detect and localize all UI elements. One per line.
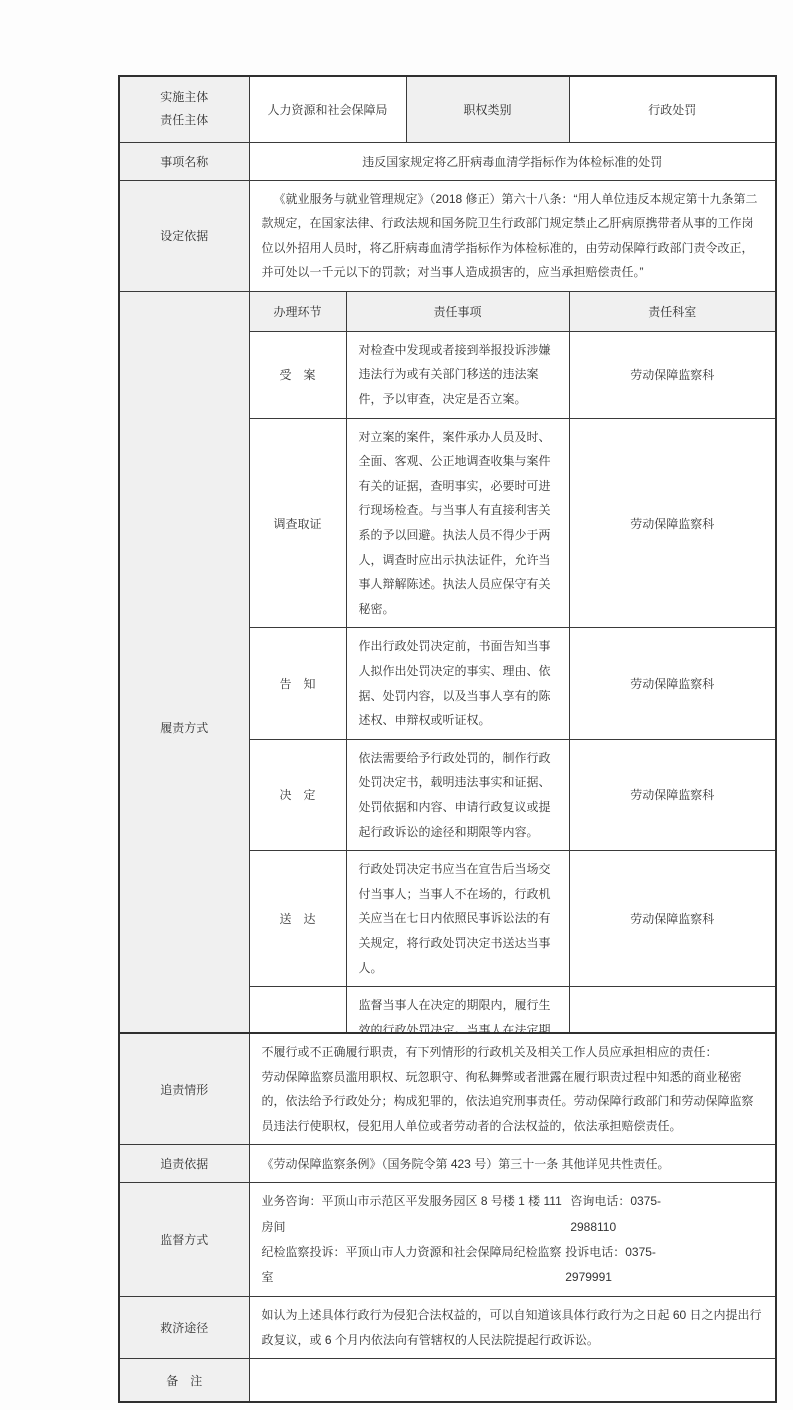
remark-label: 备 注	[119, 1359, 249, 1402]
supervision-consult-phone: 咨询电话：0375-2988110	[570, 1189, 699, 1239]
item-name-value: 违反国家规定将乙肝病毒血清学指标作为体检标准的处罚	[249, 142, 776, 180]
table-row: 追责依据 《劳动保障监察条例》（国务院令第 423 号）第三十一条 其他详见共性…	[119, 1145, 776, 1183]
duty-matter: 作出行政处罚决定前，书面告知当事人拟作出处罚决定的事实、理由、依据、处罚内容，以…	[346, 628, 569, 739]
step-name: 受 案	[249, 331, 346, 418]
table-row: 履责方式 办理环节 责任事项 责任科室	[119, 291, 776, 331]
supervision-line: 业务咨询：平顶山市示范区平发服务园区 8 号楼 1 楼 111 房间 咨询电话：…	[262, 1189, 764, 1239]
accountability-basis-value: 《劳动保障监察条例》（国务院令第 423 号）第三十一条 其他详见共性责任。	[249, 1145, 776, 1183]
table-row: 实施主体 责任主体 人力资源和社会保障局 职权类别 行政处罚	[119, 76, 776, 142]
step-column-header: 办理环节	[249, 291, 346, 331]
step-name: 决 定	[249, 739, 346, 850]
duty-matter: 依法需要给予行政处罚的，制作行政处罚决定书，载明违法事实和证据、处罚依据和内容、…	[346, 739, 569, 850]
duty-matter: 对立案的案件，案件承办人员及时、全面、客观、公正地调查收集与案件有关的证据，查明…	[346, 418, 569, 628]
accountability-value: 不履行或不正确履行职责，有下列情形的行政机关及相关工作人员应承担相应的责任： 劳…	[249, 1033, 776, 1145]
implementer-value: 人力资源和社会保障局	[249, 76, 406, 142]
table-row: 备 注	[119, 1359, 776, 1402]
step-name: 调查取证	[249, 418, 346, 628]
duty-dept: 劳动保障监察科	[569, 739, 776, 850]
accountability-table: 追责情形 不履行或不正确履行职责，有下列情形的行政机关及相关工作人员应承担相应的…	[118, 1032, 777, 1403]
step-name: 告 知	[249, 628, 346, 739]
accountability-label: 追责情形	[119, 1033, 249, 1145]
duty-matter: 行政处罚决定书应当在宣告后当场交付当事人；当事人不在场的，行政机关应当在七日内依…	[346, 851, 569, 987]
remedy-label: 救济途径	[119, 1297, 249, 1359]
supervision-complaint-phone: 投诉电话：0375-2979991	[565, 1240, 699, 1290]
table-row: 追责情形 不履行或不正确履行职责，有下列情形的行政机关及相关工作人员应承担相应的…	[119, 1033, 776, 1145]
supervision-label: 监督方式	[119, 1183, 249, 1297]
table-row: 监督方式 业务咨询：平顶山市示范区平发服务园区 8 号楼 1 楼 111 房间 …	[119, 1183, 776, 1297]
duty-dept: 劳动保障监察科	[569, 851, 776, 987]
power-type-value: 行政处罚	[569, 76, 776, 142]
supervision-consult-address: 业务咨询：平顶山市示范区平发服务园区 8 号楼 1 楼 111 房间	[262, 1189, 571, 1239]
table-row: 救济途径 如认为上述具体行政行为侵犯合法权益的，可以自知道该具体行政行为之日起 …	[119, 1297, 776, 1359]
supervision-complaint-office: 纪检监察投诉：平顶山市人力资源和社会保障局纪检监察室	[262, 1240, 566, 1290]
dept-column-header: 责任科室	[569, 291, 776, 331]
duty-subject-label: 责任主体	[120, 109, 249, 132]
duty-matter: 对检查中发现或者接到举报投诉涉嫌违法行为或有关部门移送的违法案件，予以审查，决定…	[346, 331, 569, 418]
matter-column-header: 责任事项	[346, 291, 569, 331]
accountability-line1: 不履行或不正确履行职责，有下列情形的行政机关及相关工作人员应承担相应的责任：	[262, 1040, 764, 1065]
supervision-line: 纪检监察投诉：平顶山市人力资源和社会保障局纪检监察室 投诉电话：0375-297…	[262, 1240, 764, 1290]
legal-basis-value: 《就业服务与就业管理规定》（2018 修正）第六十八条：“用人单位违反本规定第十…	[249, 180, 776, 291]
subject-label: 实施主体 责任主体	[119, 76, 249, 142]
table-row: 事项名称 违反国家规定将乙肝病毒血清学指标作为体检标准的处罚	[119, 142, 776, 180]
remedy-value: 如认为上述具体行政行为侵犯合法权益的，可以自知道该具体行政行为之日起 60 日之…	[249, 1297, 776, 1359]
duty-dept: 劳动保障监察科	[569, 418, 776, 628]
remark-value	[249, 1359, 776, 1402]
power-duty-table: 实施主体 责任主体 人力资源和社会保障局 职权类别 行政处罚 事项名称 违反国家…	[118, 75, 777, 1166]
accountability-line2: 劳动保障监察员滥用职权、玩忽职守、徇私舞弊或者泄露在履行职责过程中知悉的商业秘密…	[262, 1065, 764, 1139]
legal-basis-label: 设定依据	[119, 180, 249, 291]
table-row: 设定依据 《就业服务与就业管理规定》（2018 修正）第六十八条：“用人单位违反…	[119, 180, 776, 291]
implement-subject-label: 实施主体	[120, 86, 249, 109]
duty-dept: 劳动保障监察科	[569, 628, 776, 739]
duty-dept: 劳动保障监察科	[569, 331, 776, 418]
supervision-value: 业务咨询：平顶山市示范区平发服务园区 8 号楼 1 楼 111 房间 咨询电话：…	[249, 1183, 776, 1297]
item-name-label: 事项名称	[119, 142, 249, 180]
step-name: 送 达	[249, 851, 346, 987]
accountability-basis-label: 追责依据	[119, 1145, 249, 1183]
power-type-label: 职权类别	[406, 76, 569, 142]
